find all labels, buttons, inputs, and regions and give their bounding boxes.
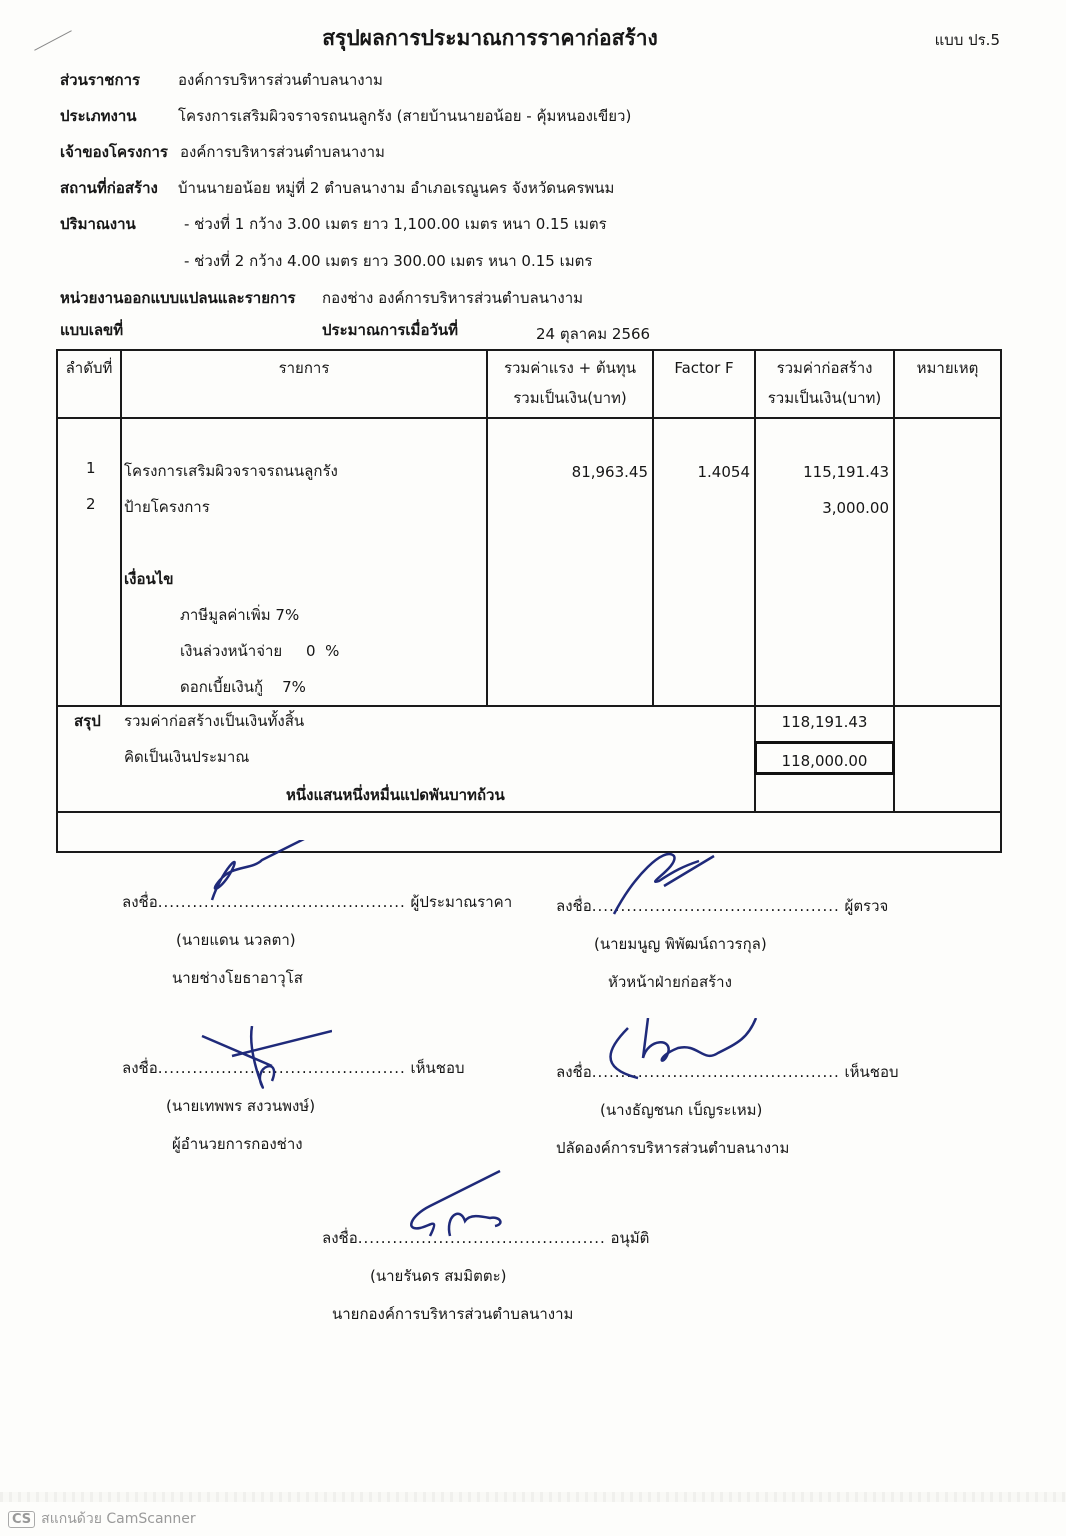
condition-advance: เงินล่วงหน้าจ่าย 0 % [180,639,339,663]
row-1-factor: 1.4054 [698,463,751,481]
designer-value: กองช่าง องค์การบริหารส่วนตำบลนางาม [322,286,583,310]
total-column: 115,191.43 3,000.00 [755,418,894,706]
row-1-item: โครงการเสริมผิวจราจรถนนลูกรัง [124,459,338,483]
estimate-date-label: ประมาณการเมื่อวันที่ [322,318,458,342]
conditions-title: เงื่อนไข [124,567,174,591]
handwritten-signature-icon [598,1018,758,1088]
scan-edge [0,1492,1066,1502]
handwritten-signature-icon [604,846,734,916]
header-labor: รวมค่าแรง + ต้นทุน รวมเป็นเงิน(บาท) [487,350,653,418]
summary-label: สรุป [74,709,101,733]
header-factor: Factor F [653,350,755,418]
summary-total-cell: 118,191.43 118,000.00 [755,706,894,812]
row-1-labor: 81,963.45 [572,463,648,481]
handwritten-signature-icon [192,840,322,910]
deputy-name: (นางธัญชนก เบ็ญระเหม) [556,1098,876,1122]
rounded-value: 118,000.00 [754,741,895,775]
row-1-total: 115,191.43 [803,463,889,481]
rounded-label: คิดเป็นเงินประมาณ [124,745,249,769]
document-title: สรุปผลการประมาณการราคาก่อสร้าง [0,22,980,55]
camscanner-logo-icon: CS [8,1511,35,1528]
owner-value: องค์การบริหารส่วนตำบลนางาม [180,140,385,164]
plan-no-label: แบบเลขที่ [60,318,123,342]
estimator-name: (นายแดน นวลตา) [122,928,432,952]
row-1-no: 1 [86,459,96,477]
grand-total-label: รวมค่าก่อสร้างเป็นเงินทั้งสิ้น [124,709,304,733]
table-body-row: 1 2 โครงการเสริมผิวจราจรถนนลูกรัง ป้ายโค… [57,418,1001,706]
inspector-position: หัวหน้าฝ่ายก่อสร้าง [556,970,866,994]
agency-value: องค์การบริหารส่วนตำบลนางาม [178,68,383,92]
remark-column [894,418,1001,706]
signature-block-deputy: ลงชื่อ..................................… [556,1060,876,1160]
estimate-date-value: 24 ตุลาคม 2566 [536,322,650,346]
inspector-name: (นายมนูญ พิพัฒน์ถาวรกุล) [556,932,866,956]
factor-column: 1.4054 [653,418,755,706]
grand-total-value: 118,191.43 [756,713,893,731]
labor-column: 81,963.45 [487,418,653,706]
designer-label: หน่วยงานออกแบบแปลนและรายการ [60,286,296,310]
deputy-position: ปลัดองค์การบริหารส่วนตำบลนางาม [556,1136,876,1160]
header-item: รายการ [121,350,487,418]
header-total: รวมค่าก่อสร้าง รวมเป็นเงิน(บาท) [755,350,894,418]
handwritten-signature-icon [192,1026,332,1106]
owner-label: เจ้าของโครงการ [60,140,168,164]
agency-label: ส่วนราชการ [60,68,140,92]
camscanner-text: สแกนด้วย CamScanner [41,1508,196,1530]
row-2-total: 3,000.00 [822,499,889,517]
table-header-row: ลำดับที่ รายการ รวมค่าแรง + ต้นทุน รวมเป… [57,350,1001,418]
summary-remark-cell [894,706,1001,812]
row-2-no: 2 [86,495,96,513]
type-value: โครงการเสริมผิวจราจรถนนลูกรัง (สายบ้านนา… [178,104,631,128]
estimate-table: ลำดับที่ รายการ รวมค่าแรง + ต้นทุน รวมเป… [56,349,1002,853]
signature-block-inspector: ลงชื่อ..................................… [556,894,866,994]
no-column: 1 2 [57,418,121,706]
estimator-position: นายช่างโยธาอาวุโส [122,966,432,990]
signature-block-estimator: ลงชื่อ..................................… [122,890,432,990]
signature-block-mayor: ลงชื่อ..................................… [322,1226,652,1326]
header-no: ลำดับที่ [57,350,121,418]
condition-vat: ภาษีมูลค่าเพิ่ม 7% [180,603,299,627]
site-label: สถานที่ก่อสร้าง [60,176,158,200]
camscanner-watermark: CS สแกนด้วย CamScanner [8,1508,196,1530]
item-column: โครงการเสริมผิวจราจรถนนลูกรัง ป้ายโครงกา… [121,418,487,706]
mayor-position: นายกองค์การบริหารส่วนตำบลนางาม [322,1302,652,1326]
site-value: บ้านนายอน้อย หมู่ที่ 2 ตำบลนางาม อำเภอเร… [178,176,614,200]
signature-block-director: ลงชื่อ..................................… [122,1056,432,1156]
quantity-line-2: - ช่วงที่ 2 กว้าง 4.00 เมตร ยาว 300.00 เ… [184,249,592,273]
row-2-item: ป้ายโครงการ [124,495,210,519]
condition-interest: ดอกเบี้ยเงินกู้ 7% [180,675,306,699]
handwritten-signature-icon [400,1166,520,1246]
quantity-line-1: - ช่วงที่ 1 กว้าง 3.00 เมตร ยาว 1,100.00… [184,212,607,236]
form-code: แบบ ปร.5 [935,28,1000,52]
amount-in-words: หนึ่งแสนหนึ่งหมื่นแปดพันบาทถ้วน [286,783,505,807]
type-label: ประเภทงาน [60,104,137,128]
quantity-label: ปริมาณงาน [60,212,136,236]
summary-row: สรุป รวมค่าก่อสร้างเป็นเงินทั้งสิ้น คิดเ… [57,706,1001,812]
header-remark: หมายเหตุ [894,350,1001,418]
director-position: ผู้อำนวยการกองช่าง [122,1132,432,1156]
mayor-name: (นายรันดร สมมิตตะ) [322,1264,652,1288]
summary-text-cell: สรุป รวมค่าก่อสร้างเป็นเงินทั้งสิ้น คิดเ… [57,706,755,812]
